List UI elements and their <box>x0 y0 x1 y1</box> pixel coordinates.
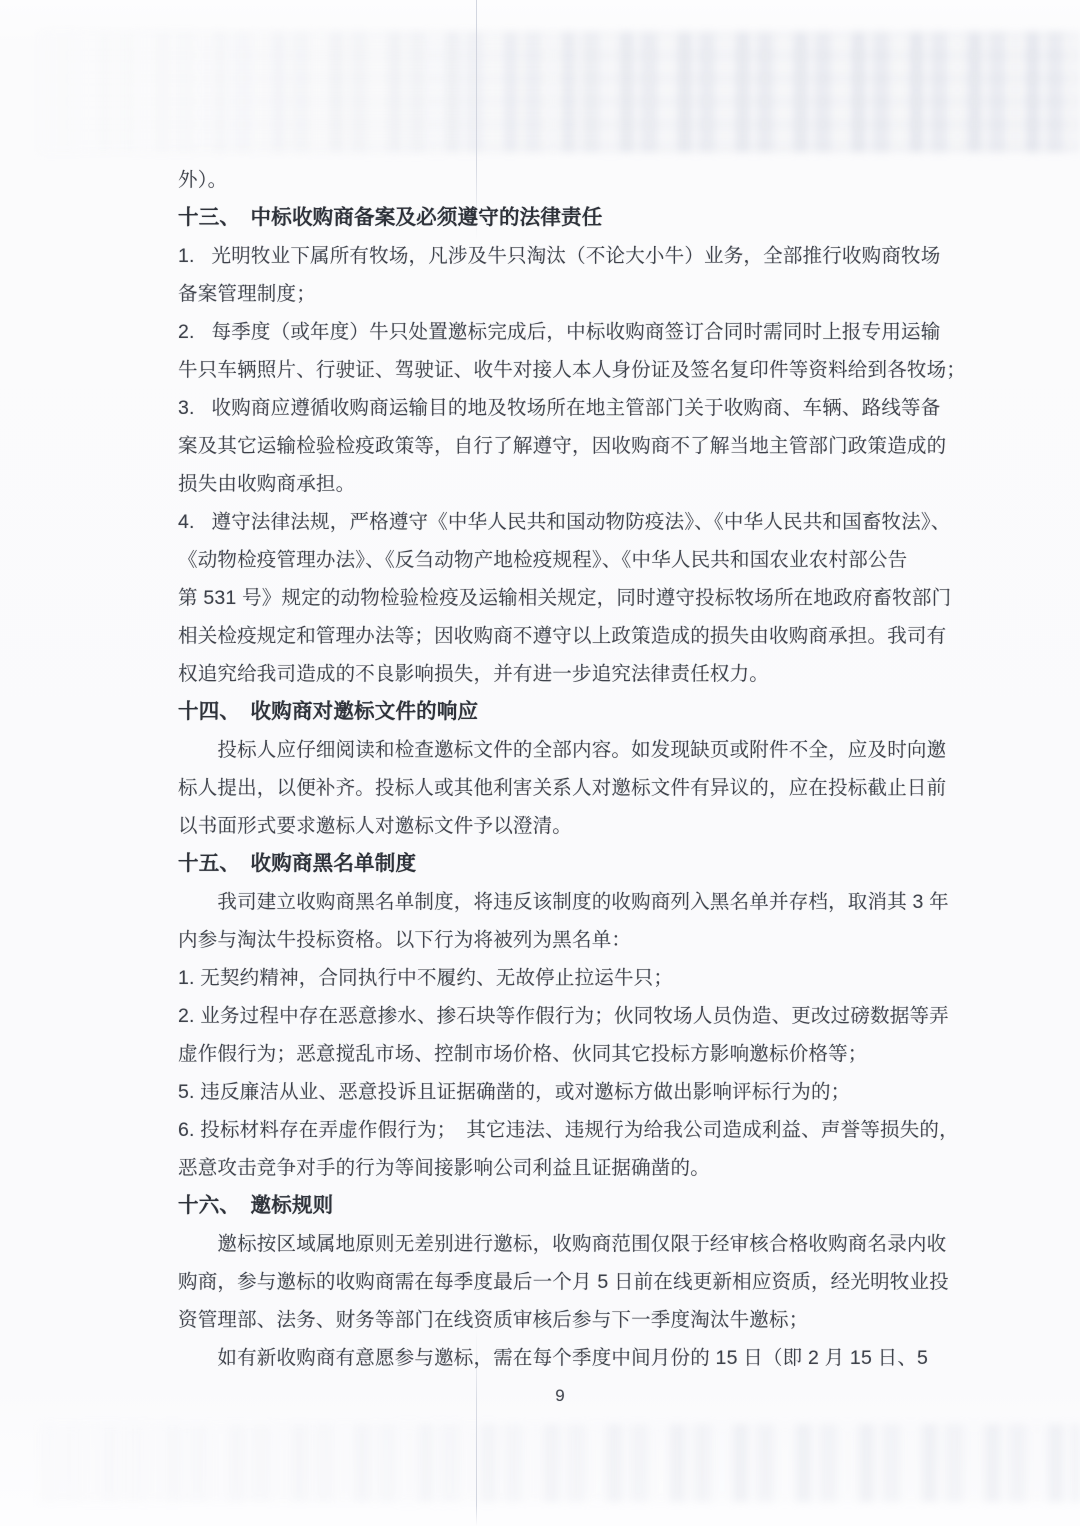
document-line: 6. 投标材料存在弄虚作假行为； 其它违法、违规行为给我公司造成利益、声誉等损失… <box>178 1111 942 1149</box>
document-line: 备案管理制度； <box>178 275 942 313</box>
page-number: 9 <box>178 1377 942 1415</box>
document-line: 如有新收购商有意愿参与邀标，需在每个季度中间月份的 15 日（即 2 月 15 … <box>178 1339 942 1377</box>
document-line: 《动物检疫管理办法》、《反刍动物产地检疫规程》、《中华人民共和国农业农村部公告 <box>178 541 942 579</box>
document-line: 5. 违反廉洁从业、恶意投诉且证据确凿的，或对邀标方做出影响评标行为的； <box>178 1073 942 1111</box>
document-line: 1. 光明牧业下属所有牧场，凡涉及牛只淘汰（不论大小牛）业务，全部推行收购商牧场 <box>178 237 942 275</box>
document-line: 2. 每季度（或年度）牛只处置邀标完成后，中标收购商签订合同时需同时上报专用运输 <box>178 313 942 351</box>
document-line: 资管理部、法务、财务等部门在线资质审核后参与下一季度淘汰牛邀标； <box>178 1301 942 1339</box>
document-line: 第 531 号》规定的动物检验检疫及运输相关规定，同时遵守投标牧场所在地政府畜牧… <box>178 579 942 617</box>
section-heading: 十三、 中标收购商备案及必须遵守的法律责任 <box>178 199 942 237</box>
document-line: 1. 无契约精神，合同执行中不履约、无故停止拉运牛只； <box>178 959 942 997</box>
document-line: 邀标按区域属地原则无差别进行邀标，收购商范围仅限于经审核合格收购商名录内收 <box>178 1225 942 1263</box>
document-line: 购商，参与邀标的收购商需在每季度最后一个月 5 日前在线更新相应资质，经光明牧业… <box>178 1263 942 1301</box>
document-line: 4. 遵守法律法规，严格遵守《中华人民共和国动物防疫法》、《中华人民共和国畜牧法… <box>178 503 942 541</box>
document-line: 相关检疫规定和管理办法等；因收购商不遵守以上政策造成的损失由收购商承担。我司有 <box>178 617 942 655</box>
bleed-through-artifact-bottom <box>40 1424 1080 1502</box>
document-line: 权追究给我司造成的不良影响损失，并有进一步追究法律责任权力。 <box>178 655 942 693</box>
document-line: 我司建立收购商黑名单制度，将违反该制度的收购商列入黑名单并存档，取消其 3 年 <box>178 883 942 921</box>
document-line: 牛只车辆照片、行驶证、驾驶证、收牛对接人本人身份证及签名复印件等资料给到各牧场； <box>178 351 942 389</box>
document-line: 外）。 <box>178 161 942 199</box>
document-line: 3. 收购商应遵循收购商运输目的地及牧场所在地主管部门关于收购商、车辆、路线等备 <box>178 389 942 427</box>
document-line: 损失由收购商承担。 <box>178 465 942 503</box>
section-heading: 十五、 收购商黑名单制度 <box>178 845 942 883</box>
document-line: 以书面形式要求邀标人对邀标文件予以澄清。 <box>178 807 942 845</box>
section-heading: 十四、 收购商对邀标文件的响应 <box>178 693 942 731</box>
document-line: 案及其它运输检验检疫政策等，自行了解遵守，因收购商不了解当地主管部门政策造成的 <box>178 427 942 465</box>
document-line: 2. 业务过程中存在恶意掺水、掺石块等作假行为；伙同牧场人员伪造、更改过磅数据等… <box>178 997 942 1035</box>
bleed-through-artifact-top <box>40 32 1080 152</box>
document-line: 内参与淘汰牛投标资格。以下行为将被列为黑名单： <box>178 921 942 959</box>
document-line: 标人提出，以便补齐。投标人或其他利害关系人对邀标文件有异议的，应在投标截止日前 <box>178 769 942 807</box>
document-line: 恶意攻击竞争对手的行为等间接影响公司利益且证据确凿的。 <box>178 1149 942 1187</box>
document-line: 虚作假行为；恶意搅乱市场、控制市场价格、伙同其它投标方影响邀标价格等； <box>178 1035 942 1073</box>
page-footer: 9 <box>178 1377 942 1415</box>
document-lines: 外）。十三、 中标收购商备案及必须遵守的法律责任1. 光明牧业下属所有牧场，凡涉… <box>178 161 942 1377</box>
section-heading: 十六、 邀标规则 <box>178 1187 942 1225</box>
scanned-document-page: 外）。十三、 中标收购商备案及必须遵守的法律责任1. 光明牧业下属所有牧场，凡涉… <box>0 0 1080 1526</box>
document-line: 投标人应仔细阅读和检查邀标文件的全部内容。如发现缺页或附件不全，应及时向邀 <box>178 731 942 769</box>
